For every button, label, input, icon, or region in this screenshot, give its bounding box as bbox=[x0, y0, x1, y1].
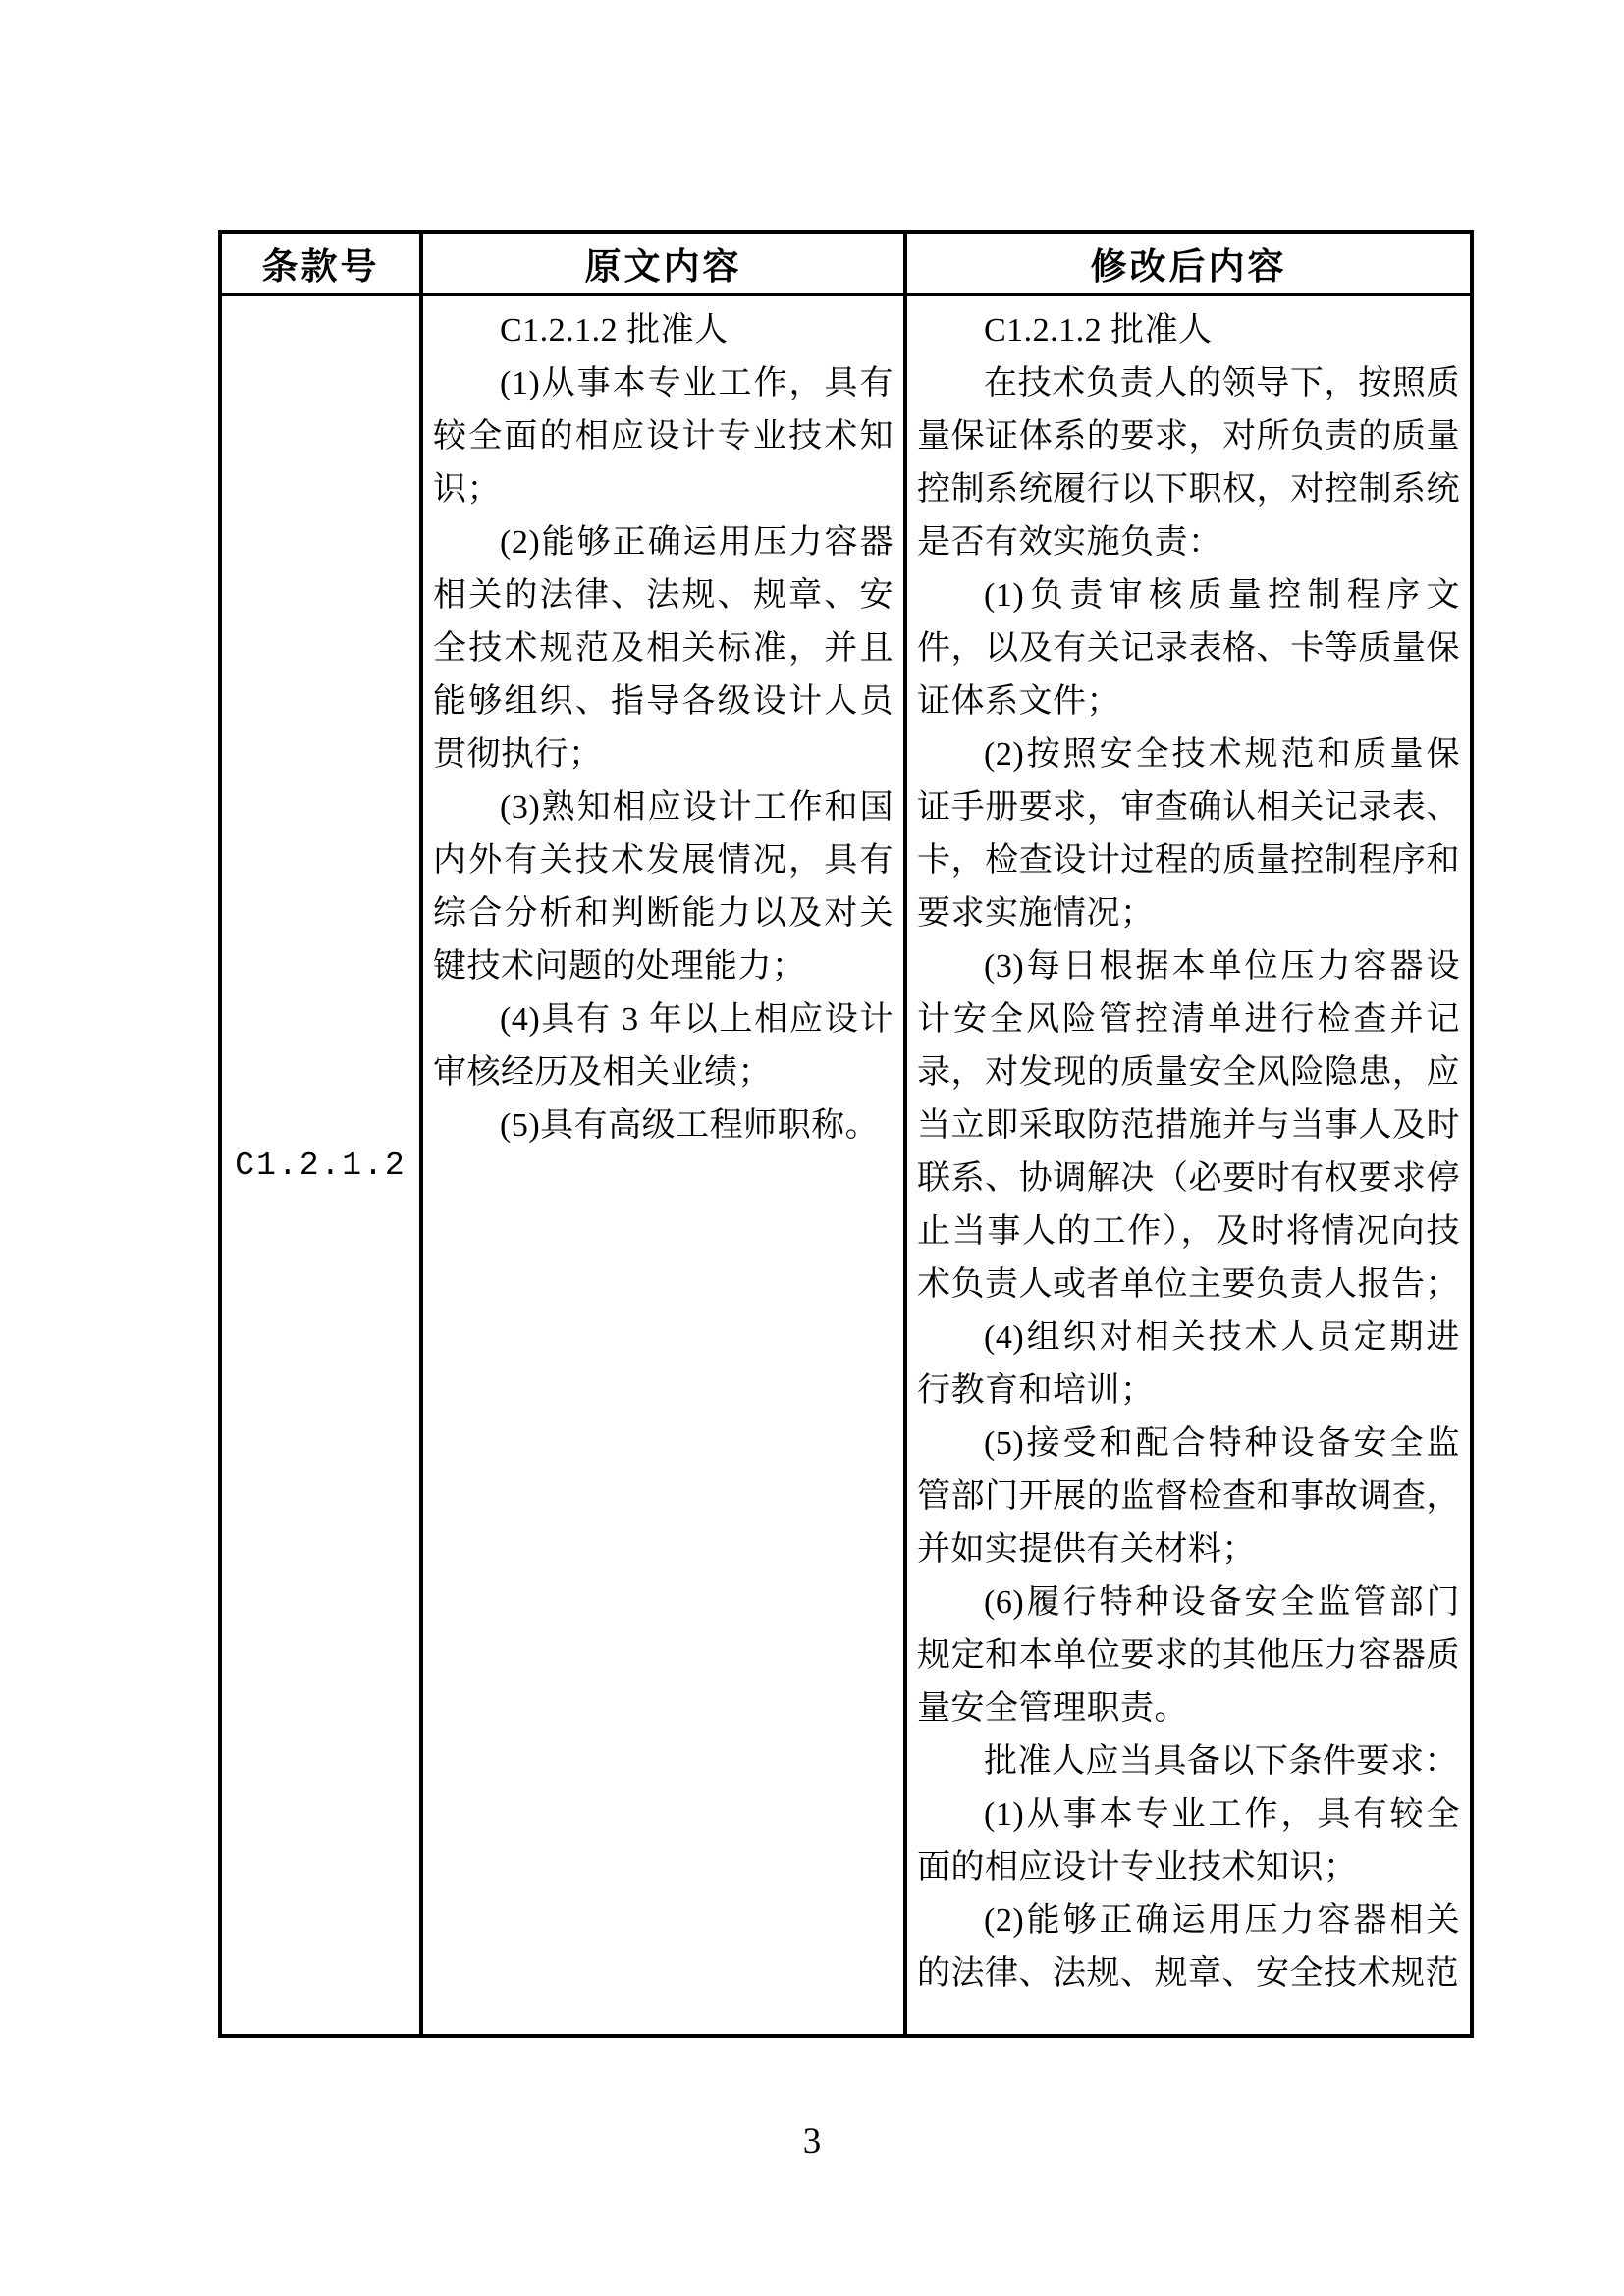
header-revised-content: 修改后内容 bbox=[905, 232, 1472, 294]
revised-paragraph: (5)接受和配合特种设备安全监管部门开展的监督检查和事故调查，并如实提供有关材料… bbox=[917, 1417, 1460, 1576]
original-paragraph: (4)具有 3 年以上相应设计审核经历及相关业绩； bbox=[433, 993, 893, 1099]
revised-paragraph: C1.2.1.2 批准人 bbox=[917, 304, 1460, 357]
original-content-cell: C1.2.1.2 批准人 (1)从事本专业工作，具有较全面的相应设计专业技术知识… bbox=[421, 294, 905, 2036]
revised-paragraph: (1)从事本专业工作，具有较全面的相应设计专业技术知识； bbox=[917, 1789, 1460, 1895]
table-header-row: 条款号 原文内容 修改后内容 bbox=[220, 232, 1472, 294]
document-page: 条款号 原文内容 修改后内容 C1.2.1.2 C1.2.1.2 批准人 (1)… bbox=[0, 0, 1624, 2296]
revised-paragraph: (2)按照安全技术规范和质量保证手册要求，审查确认相关记录表、卡，检查设计过程的… bbox=[917, 728, 1460, 940]
page-number: 3 bbox=[0, 2120, 1624, 2163]
revised-paragraph: 在技术负责人的领导下，按照质量保证体系的要求，对所负责的质量控制系统履行以下职权… bbox=[917, 357, 1460, 569]
revised-paragraph: (4)组织对相关技术人员定期进行教育和培训； bbox=[917, 1311, 1460, 1417]
revision-comparison-table: 条款号 原文内容 修改后内容 C1.2.1.2 C1.2.1.2 批准人 (1)… bbox=[218, 230, 1474, 2038]
original-paragraph: C1.2.1.2 批准人 bbox=[433, 304, 893, 357]
clause-number-cell: C1.2.1.2 bbox=[220, 294, 421, 2036]
table-row: C1.2.1.2 C1.2.1.2 批准人 (1)从事本专业工作，具有较全面的相… bbox=[220, 294, 1472, 2036]
original-paragraph: (3)熟知相应设计工作和国内外有关技术发展情况，具有综合分析和判断能力以及对关键… bbox=[433, 781, 893, 993]
revised-paragraph: (6)履行特种设备安全监管部门规定和本单位要求的其他压力容器质量安全管理职责。 bbox=[917, 1576, 1460, 1735]
revised-paragraph: 批准人应当具备以下条件要求： bbox=[917, 1735, 1460, 1789]
original-paragraph: (1)从事本专业工作，具有较全面的相应设计专业技术知识； bbox=[433, 357, 893, 516]
original-paragraph: (5)具有高级工程师职称。 bbox=[433, 1099, 893, 1152]
revised-paragraph: (1)负责审核质量控制程序文件，以及有关记录表格、卡等质量保证体系文件； bbox=[917, 569, 1460, 728]
revised-paragraph: (3)每日根据本单位压力容器设计安全风险管控清单进行检查并记录，对发现的质量安全… bbox=[917, 940, 1460, 1311]
revised-content-cell: C1.2.1.2 批准人 在技术负责人的领导下，按照质量保证体系的要求，对所负责… bbox=[905, 294, 1472, 2036]
clause-number: C1.2.1.2 bbox=[235, 1148, 406, 1184]
header-clause-number: 条款号 bbox=[220, 232, 421, 294]
header-original-content: 原文内容 bbox=[421, 232, 905, 294]
original-paragraph: (2)能够正确运用压力容器相关的法律、法规、规章、安全技术规范及相关标准，并且能… bbox=[433, 516, 893, 781]
revised-paragraph: (2)能够正确运用压力容器相关的法律、法规、规章、安全技术规范 bbox=[917, 1895, 1460, 2001]
